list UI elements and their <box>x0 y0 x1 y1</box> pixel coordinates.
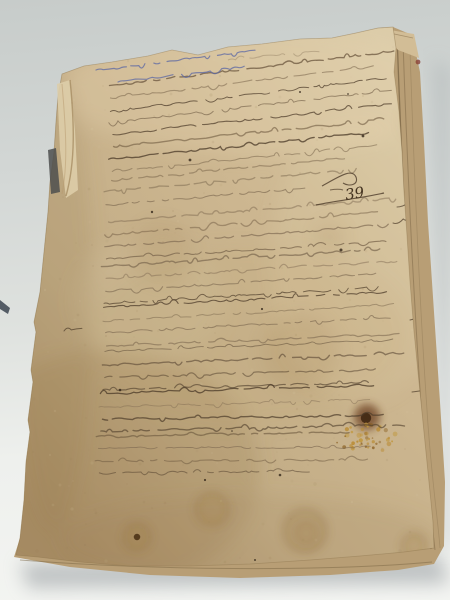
folio-number-text: 39 <box>344 183 366 204</box>
photo-scene: 39 <box>0 0 450 600</box>
binding-mark <box>416 60 421 65</box>
background-object <box>0 300 10 314</box>
manuscript-photo: 39 <box>0 0 450 600</box>
